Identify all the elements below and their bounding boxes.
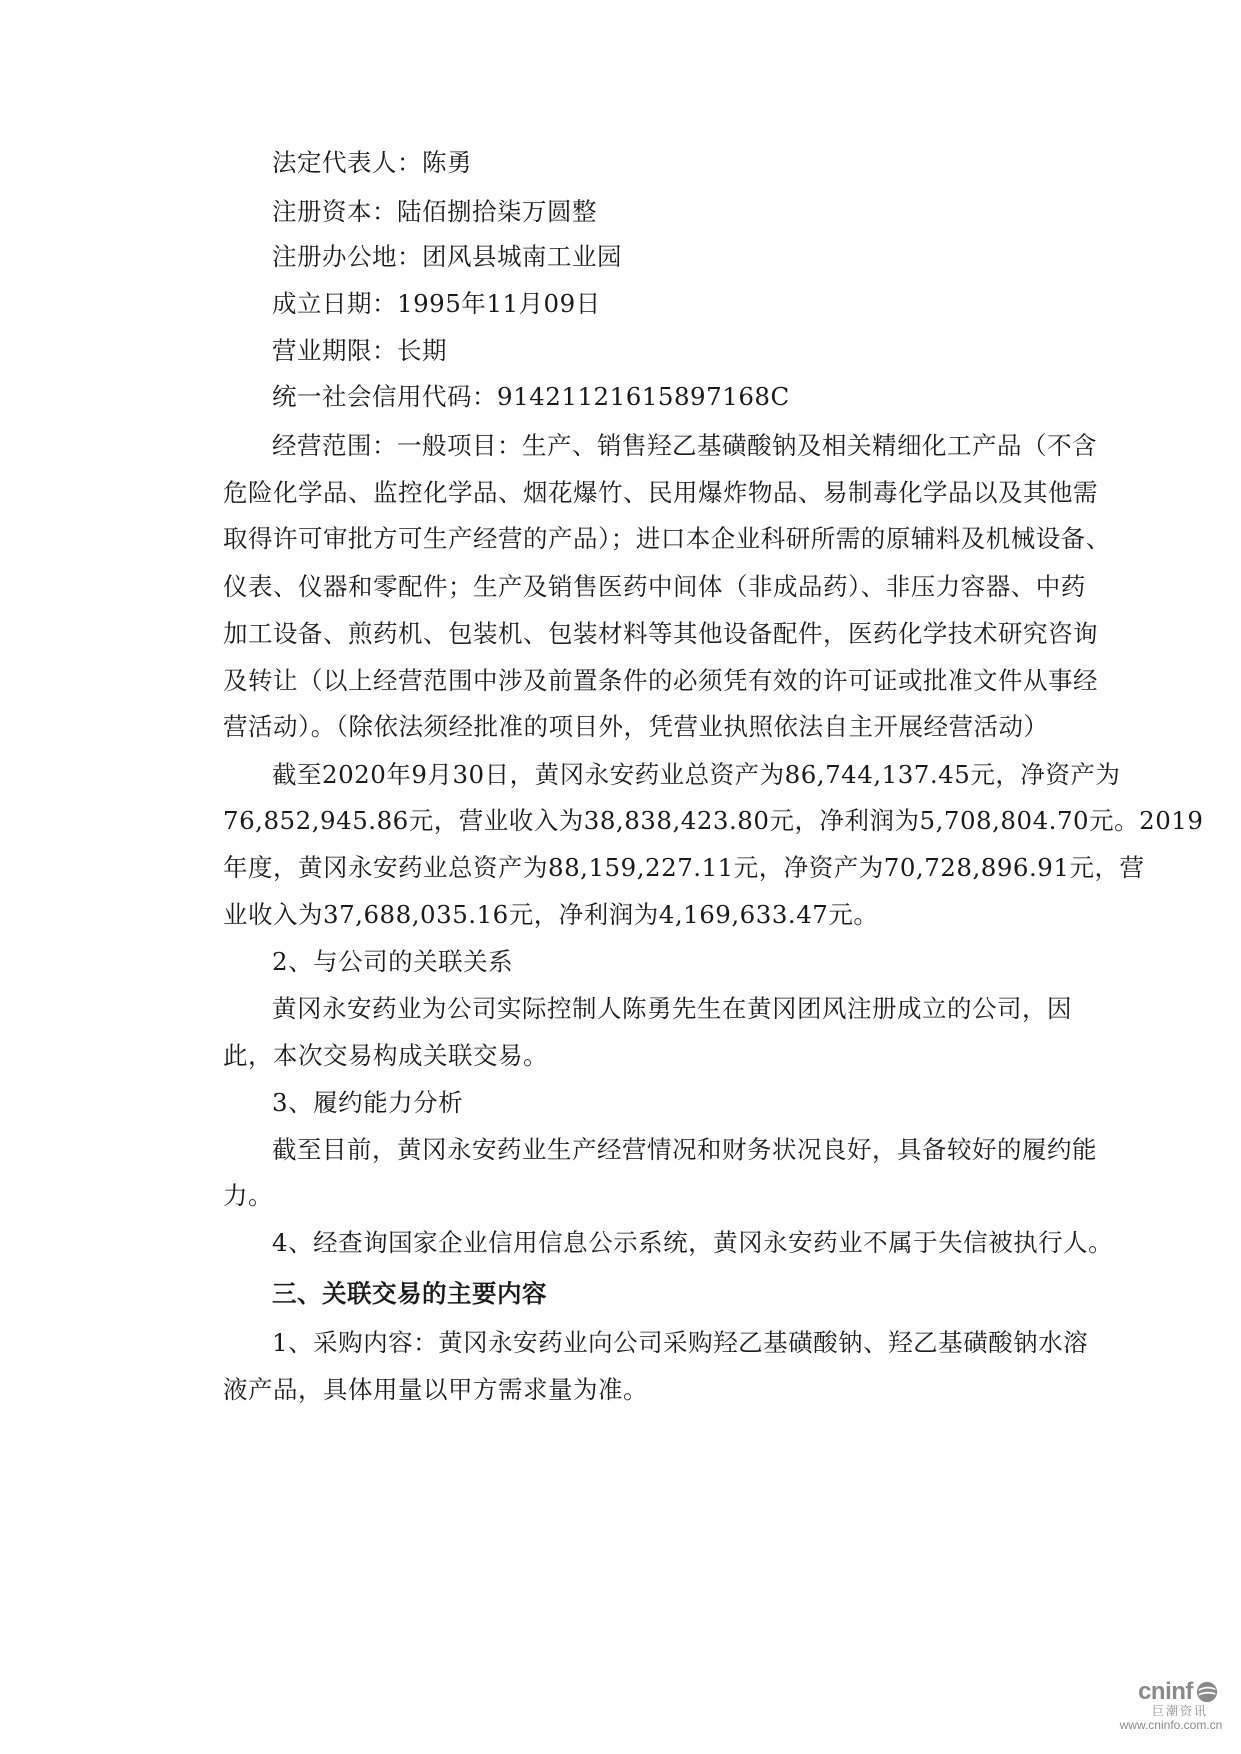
section-3-line: 截至目前，黄冈永安药业生产经营情况和财务状况良好，具备较好的履约能 — [272, 1135, 1041, 1165]
section-3-title: 3、履约能力分析 — [272, 1088, 463, 1118]
business-scope-line: 取得许可审批方可生产经营的产品）；进口本企业科研所需的原辅料及机械设备、 — [223, 524, 1041, 554]
registered-office-field: 注册办公地：团风县城南工业园 — [272, 242, 622, 272]
business-scope-line: 营活动）。（除依法须经批准的项目外，凭营业执照依法自主开展经营活动） — [223, 712, 1049, 742]
part-3-item-1-line: 1、采购内容：黄冈永安药业向公司采购羟乙基磺酸钠、羟乙基磺酸钠水溶 — [272, 1328, 1041, 1358]
credit-code-field: 统一社会信用代码：91421121615897168C — [272, 382, 790, 412]
field-value: 长期 — [397, 336, 447, 365]
business-term-field: 营业期限：长期 — [272, 336, 447, 366]
field-label: 成立日期： — [272, 289, 397, 318]
section-2-title: 2、与公司的关联关系 — [272, 947, 513, 977]
cninfo-swirl-icon — [1196, 1681, 1218, 1703]
part-3-heading: 三、关联交易的主要内容 — [272, 1279, 547, 1309]
business-scope-line: 仪表、仪器和零配件；生产及销售医药中间体（非成品药）、非压力容器、中药 — [223, 572, 1041, 602]
field-label: 注册办公地： — [272, 242, 422, 271]
field-label: 营业期限： — [272, 336, 397, 365]
financial-line: 76,852,945.86元，营业收入为38,838,423.80元，净利润为5… — [223, 806, 1041, 836]
section-4-text: 4、经查询国家企业信用信息公示系统，黄冈永安药业不属于失信被执行人。 — [272, 1228, 1113, 1258]
cninfo-watermark: cninf 巨潮资讯 www.cninfo.com.cn — [1118, 1680, 1238, 1732]
field-value: 91421121615897168C — [497, 382, 790, 411]
brand-chinese: 巨潮资讯 — [1122, 1704, 1238, 1718]
establishment-date-field: 成立日期：1995年11月09日 — [272, 289, 601, 319]
section-2-line: 此，本次交易构成关联交易。 — [223, 1041, 548, 1071]
business-scope-line: 及转让（以上经营范围中涉及前置条件的必须凭有效的许可证或批准文件从事经 — [223, 666, 1041, 696]
brand-text: cninf — [1138, 1680, 1193, 1704]
financial-line: 年度，黄冈永安药业总资产为88,159,227.11元，净资产为70,728,8… — [223, 853, 1041, 883]
section-2-line: 黄冈永安药业为公司实际控制人陈勇先生在黄冈团风注册成立的公司，因 — [272, 994, 1041, 1024]
financial-line: 业收入为37,688,035.16元，净利润为4,169,633.47元。 — [223, 900, 878, 930]
field-value: 陆佰捌拾柒万圆整 — [397, 197, 597, 226]
field-label: 注册资本： — [272, 197, 397, 226]
section-3-line: 力。 — [223, 1181, 273, 1211]
brand-url: www.cninfo.com.cn — [1104, 1718, 1238, 1732]
business-scope-line: 加工设备、煎药机、包装机、包装材料等其他设备配件，医药化学技术研究咨询 — [223, 619, 1041, 649]
financial-line: 截至2020年9月30日，黄冈永安药业总资产为86,744,137.45元，净资… — [272, 760, 1041, 790]
cninfo-brand: cninf — [1138, 1680, 1218, 1704]
registered-capital-field: 注册资本：陆佰捌拾柒万圆整 — [272, 197, 597, 227]
field-value: 团风县城南工业园 — [422, 242, 622, 271]
business-scope-line: 经营范围：一般项目：生产、销售羟乙基磺酸钠及相关精细化工产品（不含 — [272, 431, 1041, 461]
part-3-item-1-line: 液产品，具体用量以甲方需求量为准。 — [223, 1375, 648, 1405]
document-page: 法定代表人：陈勇 注册资本：陆佰捌拾柒万圆整 注册办公地：团风县城南工业园 成立… — [0, 0, 1241, 1754]
field-label: 法定代表人： — [272, 148, 422, 177]
business-scope-line: 危险化学品、监控化学品、烟花爆竹、民用爆炸物品、易制毒化学品以及其他需 — [223, 478, 1041, 508]
field-value: 1995年11月09日 — [397, 289, 601, 318]
field-label: 统一社会信用代码： — [272, 382, 497, 411]
field-value: 陈勇 — [422, 148, 472, 177]
legal-representative-field: 法定代表人：陈勇 — [272, 148, 472, 178]
